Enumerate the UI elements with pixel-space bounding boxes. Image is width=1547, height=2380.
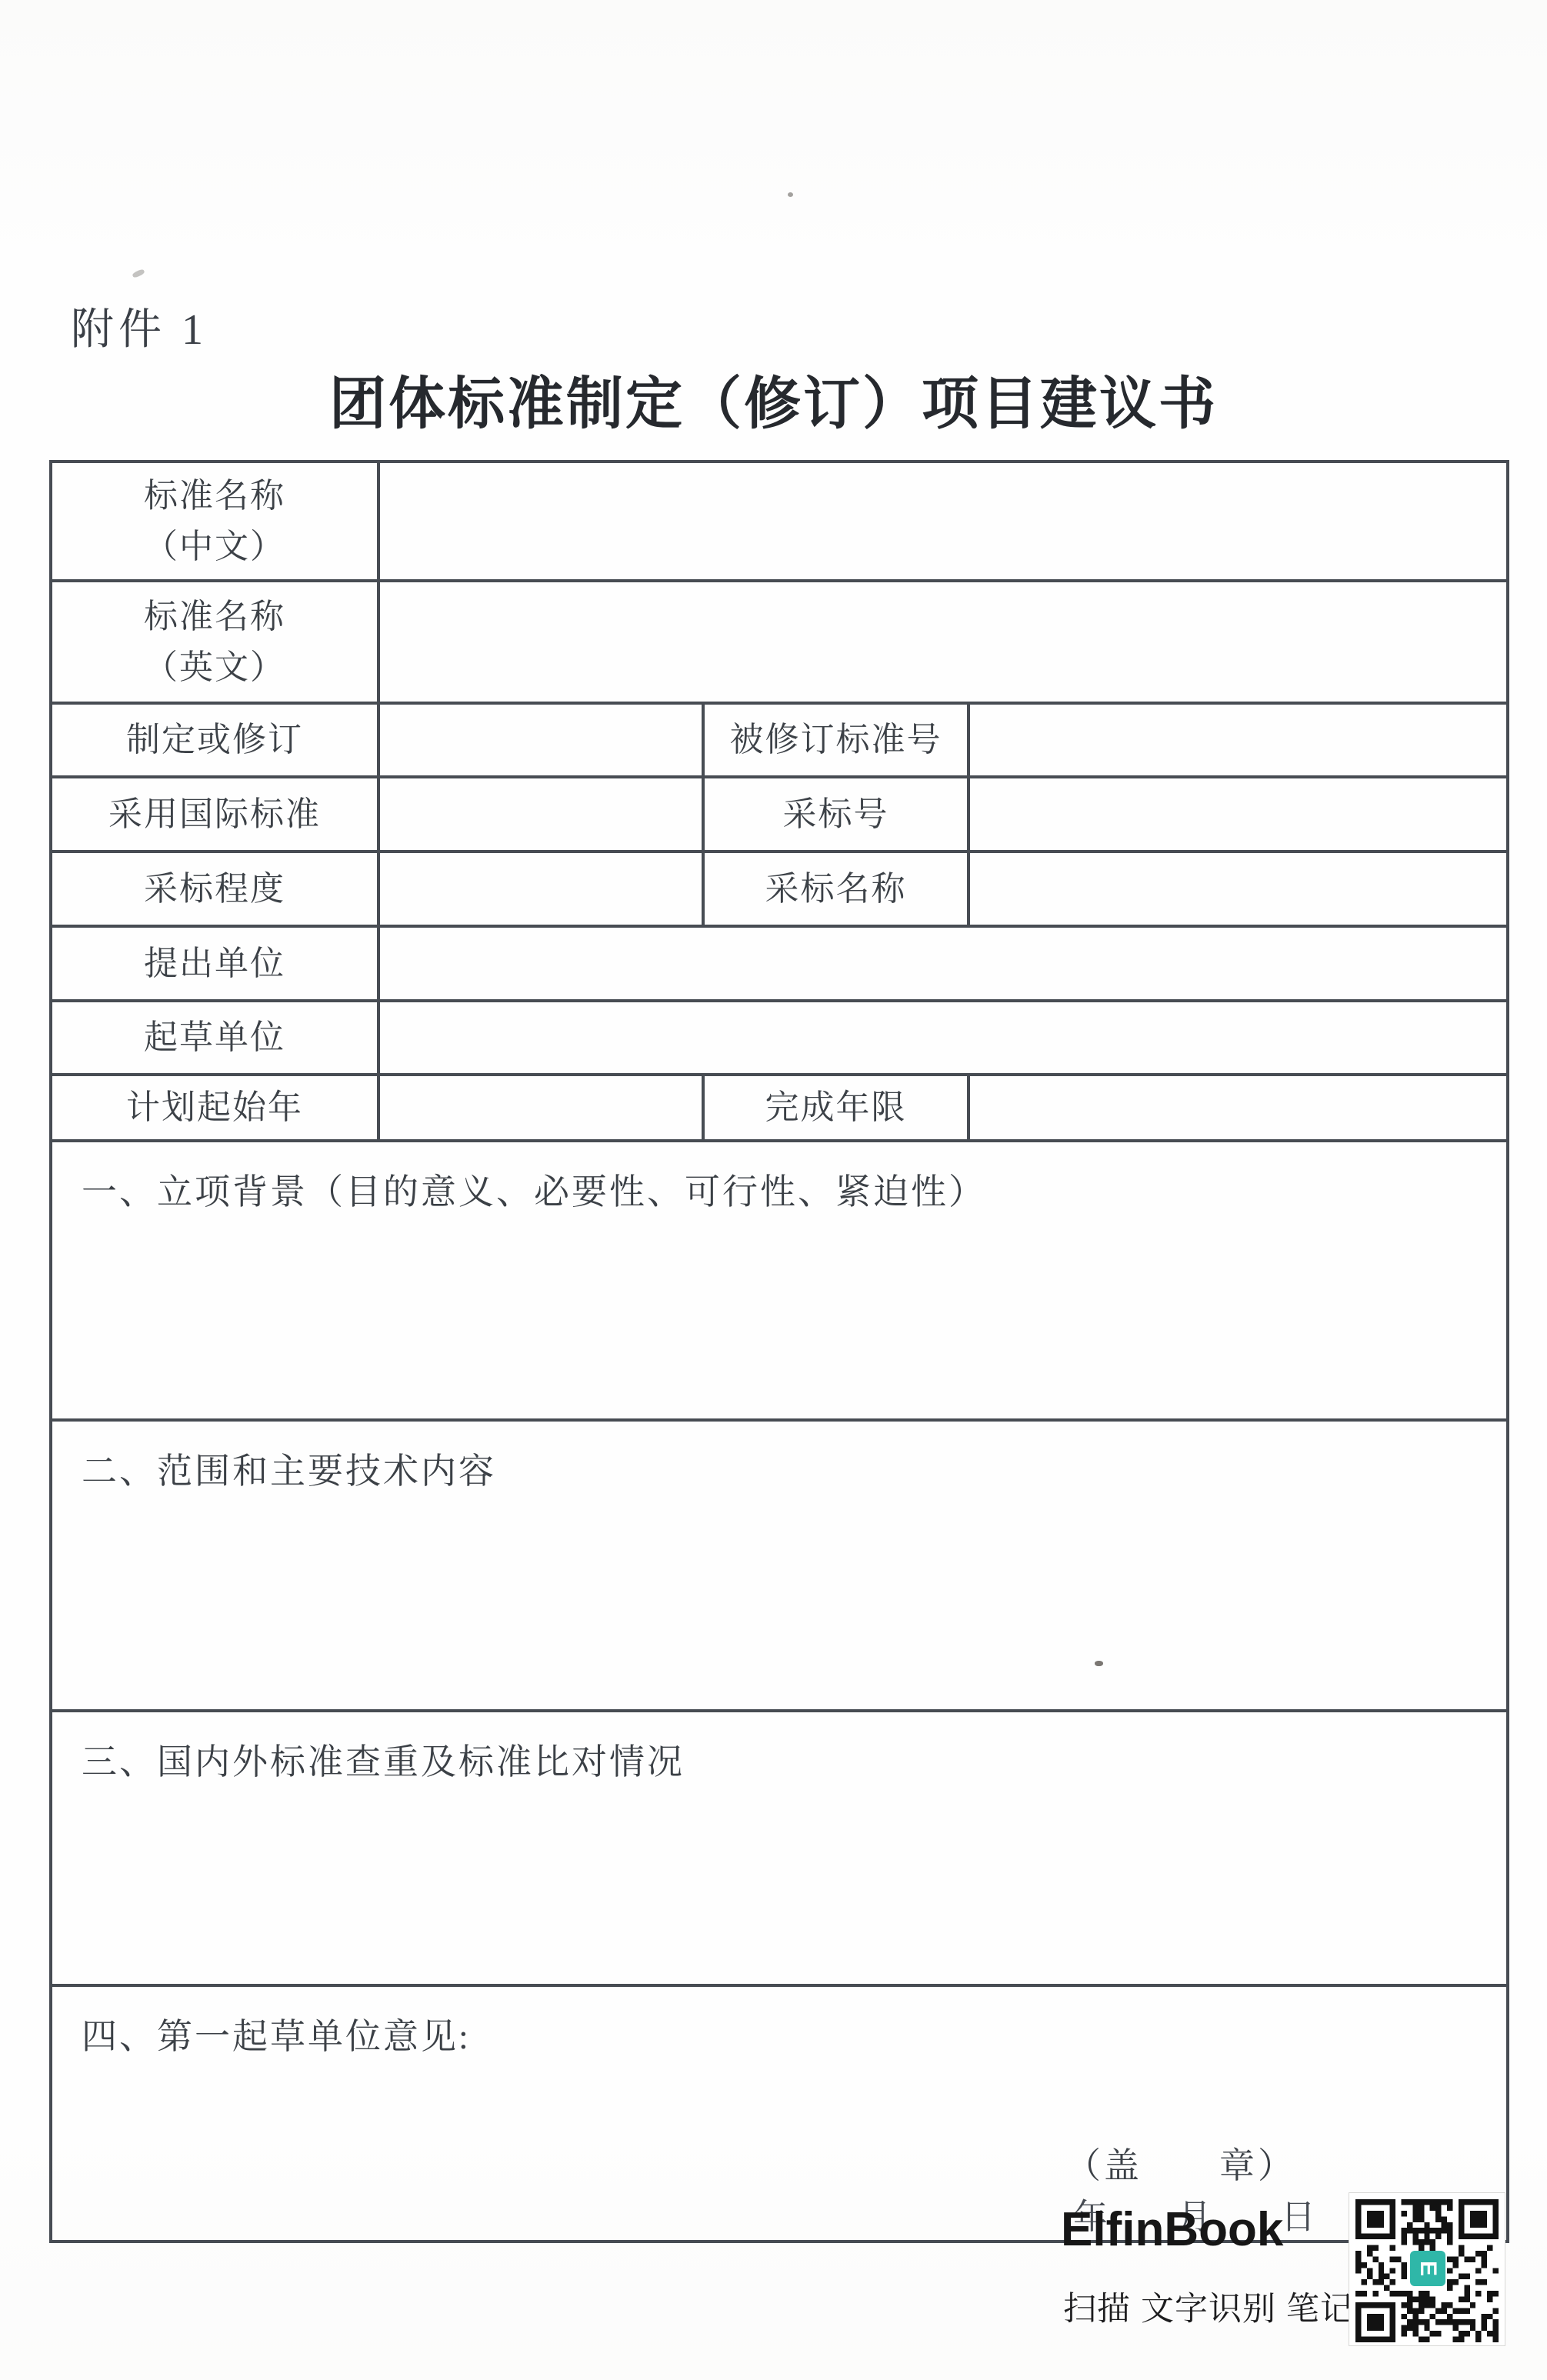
drafting-unit-label: 起草单位 xyxy=(52,1002,380,1073)
draft-or-revise-label: 制定或修订 xyxy=(52,705,380,775)
section-body-input[interactable] xyxy=(60,1782,1499,1976)
std-name-cn-label: 标准名称 （中文） xyxy=(52,463,380,579)
adopt-intl-std-input[interactable] xyxy=(380,778,705,850)
plan-start-year-label: 计划起始年 xyxy=(52,1076,380,1139)
scanned-document-page: 附件 1 团体标准制定（修订）项目建议书 标准名称 （中文） 标准名称 （英文） xyxy=(0,0,1547,2380)
page-title: 团体标准制定（修订）项目建议书 xyxy=(329,358,1218,440)
std-name-cn-input[interactable] xyxy=(380,463,1506,579)
section-first-drafter-opinion: 四、第一起草单位意见: （盖 章） 年 月 日 xyxy=(52,1987,1506,2242)
table-row: 标准名称 （英文） xyxy=(52,582,1506,705)
completion-period-label: 完成年限 xyxy=(705,1076,970,1139)
std-name-en-input[interactable] xyxy=(380,582,1506,702)
completion-period-input[interactable] xyxy=(970,1076,1506,1139)
adopt-name-label: 采标名称 xyxy=(705,853,970,925)
section-body-input[interactable] xyxy=(60,2056,1499,2142)
section-standard-comparison: 三、国内外标准查重及标准比对情况 xyxy=(52,1712,1506,1987)
table-row: 提出单位 xyxy=(52,928,1506,1002)
section-project-background: 一、立项背景（目的意义、必要性、可行性、紧迫性） xyxy=(52,1142,1506,1422)
revised-std-no-input[interactable] xyxy=(970,705,1506,775)
std-name-en-label-line2: （英文） xyxy=(144,648,285,686)
adopt-degree-input[interactable] xyxy=(380,853,705,925)
proposing-unit-label: 提出单位 xyxy=(52,928,380,999)
drafting-unit-input[interactable] xyxy=(380,1002,1506,1073)
section-heading: 二、范围和主要技术内容 xyxy=(82,1443,496,1494)
adopt-no-input[interactable] xyxy=(970,778,1506,850)
std-name-cn-label-line2: （中文） xyxy=(144,528,285,565)
proposal-form-table: 标准名称 （中文） 标准名称 （英文） 制定或修订 被修订标准号 xyxy=(49,460,1509,2243)
elfinbook-qr-logo-icon: E xyxy=(1410,2251,1445,2286)
adopt-name-input[interactable] xyxy=(970,853,1506,925)
elfinbook-watermark-tagline: 扫描 文字识别 笔记 xyxy=(1063,2283,1354,2330)
stamp-here-note: （盖 章） xyxy=(1065,2138,1296,2188)
std-name-en-label-line1: 标准名称 xyxy=(144,598,285,635)
table-row: 采用国际标准 采标号 xyxy=(52,778,1506,853)
scan-speck xyxy=(788,192,793,197)
draft-or-revise-input[interactable] xyxy=(380,705,705,775)
table-row: 制定或修订 被修订标准号 xyxy=(52,705,1506,778)
adopt-degree-label: 采标程度 xyxy=(52,853,380,925)
std-name-en-label: 标准名称 （英文） xyxy=(52,582,380,702)
adopt-intl-std-label: 采用国际标准 xyxy=(52,778,380,850)
elfinbook-qr-code: E xyxy=(1349,2192,1505,2346)
table-row: 起草单位 xyxy=(52,1002,1506,1076)
std-name-cn-label-line1: 标准名称 xyxy=(144,477,285,515)
scan-speck xyxy=(132,268,145,278)
table-row: 采标程度 采标名称 xyxy=(52,853,1506,928)
elfinbook-watermark-logo: ElfinBook xyxy=(1061,2202,1283,2257)
revised-std-no-label: 被修订标准号 xyxy=(705,705,970,775)
qr-logo-letter: E xyxy=(1416,2261,1439,2276)
section-heading: 一、立项背景（目的意义、必要性、可行性、紧迫性） xyxy=(82,1164,986,1215)
section-body-input[interactable] xyxy=(60,1212,1499,1411)
table-row: 标准名称 （中文） xyxy=(52,463,1506,582)
adopt-no-label: 采标号 xyxy=(705,778,970,850)
section-body-input[interactable] xyxy=(60,1491,1499,1702)
section-heading: 四、第一起草单位意见: xyxy=(82,2008,471,2059)
table-row: 计划起始年 完成年限 xyxy=(52,1076,1506,1142)
section-heading: 三、国内外标准查重及标准比对情况 xyxy=(82,1734,685,1785)
section-scope-content: 二、范围和主要技术内容 xyxy=(52,1422,1506,1712)
plan-start-year-input[interactable] xyxy=(380,1076,705,1139)
attachment-label: 附件 1 xyxy=(71,295,208,357)
proposing-unit-input[interactable] xyxy=(380,928,1506,999)
